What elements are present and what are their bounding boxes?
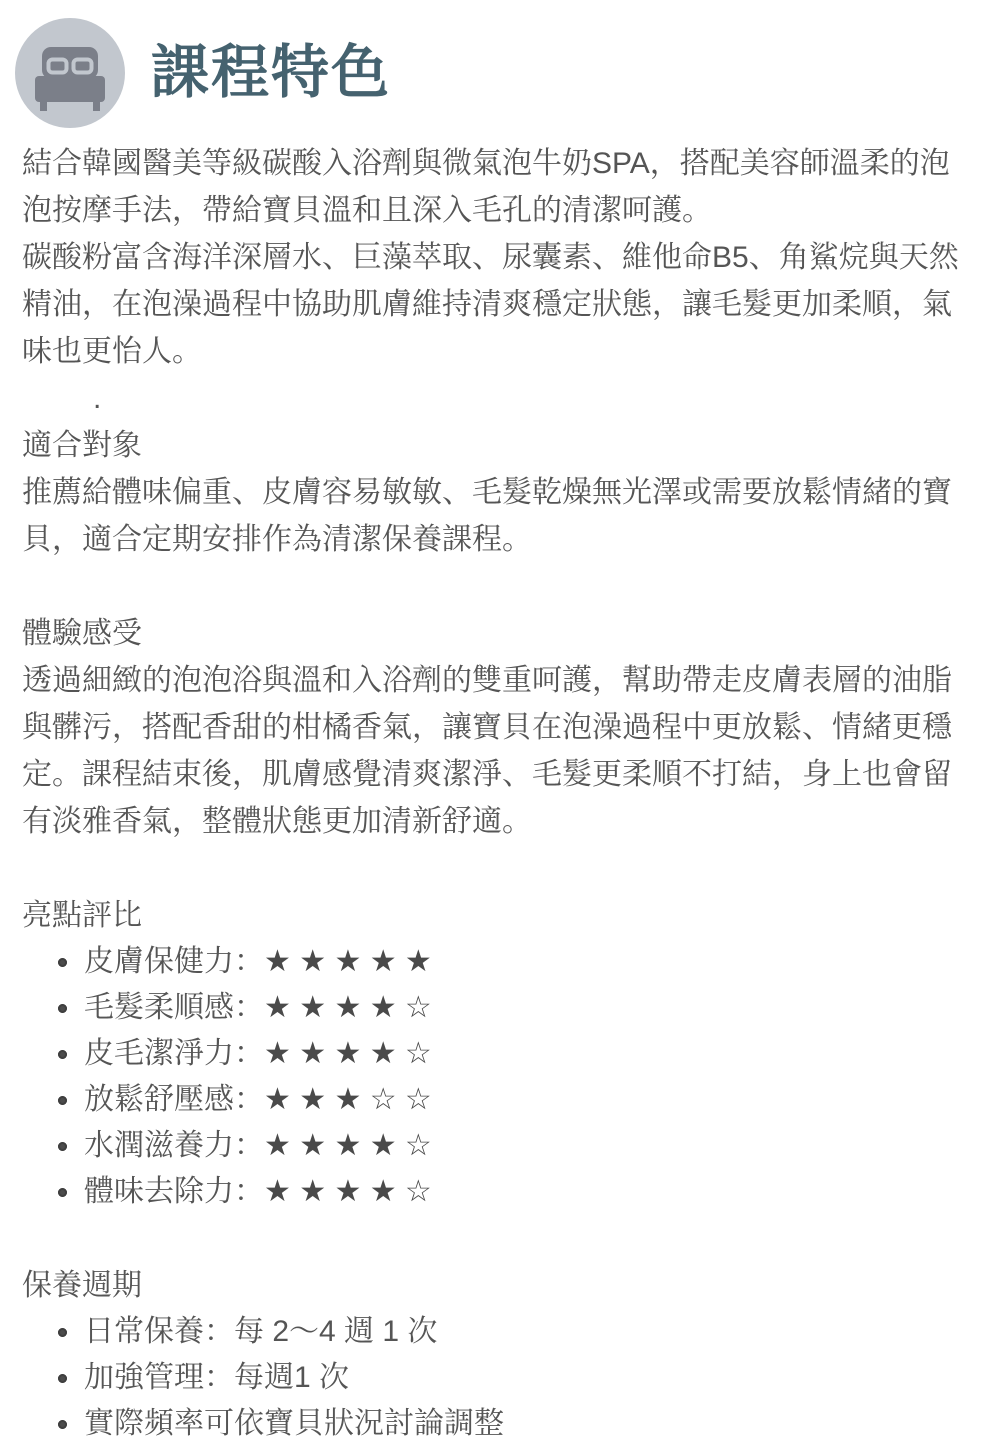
spacer bbox=[22, 845, 975, 892]
star-rating: ★ ★ ★ ★ ☆ bbox=[264, 991, 432, 1024]
section-heading-experience: 體驗感受 bbox=[22, 610, 975, 657]
ratings-list: 皮膚保健力：★ ★ ★ ★ ★毛髮柔順感：★ ★ ★ ★ ☆皮毛潔淨力：★ ★ … bbox=[22, 939, 975, 1215]
rating-label: 放鬆舒壓感： bbox=[84, 1083, 264, 1116]
rating-item: 皮膚保健力：★ ★ ★ ★ ★ bbox=[22, 939, 975, 985]
rating-label: 水潤滋養力： bbox=[84, 1129, 264, 1162]
bullet-icon bbox=[58, 1374, 67, 1383]
rating-item: 皮毛潔淨力：★ ★ ★ ★ ☆ bbox=[22, 1031, 975, 1077]
star-rating: ★ ★ ★ ★ ☆ bbox=[264, 1129, 432, 1162]
schedule-item: 實際頻率可依寶貝狀況討論調整 bbox=[22, 1401, 975, 1447]
section-body-audience: 推薦給體味偏重、皮膚容易敏敏、毛髮乾燥無光澤或需要放鬆情緒的寶貝，適合定期安排作… bbox=[22, 469, 975, 563]
star-rating: ★ ★ ★ ★ ☆ bbox=[264, 1037, 432, 1070]
rating-label: 皮膚保健力： bbox=[84, 945, 264, 978]
rating-item: 毛髮柔順感：★ ★ ★ ★ ☆ bbox=[22, 985, 975, 1031]
star-rating: ★ ★ ★ ☆ ☆ bbox=[264, 1083, 432, 1116]
bed-icon bbox=[15, 18, 125, 128]
bullet-icon bbox=[58, 1096, 67, 1105]
bullet-icon bbox=[58, 1188, 67, 1197]
star-rating: ★ ★ ★ ★ ☆ bbox=[264, 1175, 432, 1208]
bullet-icon bbox=[58, 1004, 67, 1013]
bullet-icon bbox=[58, 958, 67, 967]
rating-item: 放鬆舒壓感：★ ★ ★ ☆ ☆ bbox=[22, 1077, 975, 1123]
intro-paragraph-2: 碳酸粉富含海洋深層水、巨藻萃取、尿囊素、維他命B5、角鯊烷與天然精油，在泡澡過程… bbox=[22, 234, 975, 375]
stray-dot: . bbox=[22, 375, 975, 422]
schedule-item-text: 日常保養：每 2～4 週 1 次 bbox=[84, 1315, 437, 1348]
schedule-item-text: 實際頻率可依寶貝狀況討論調整 bbox=[84, 1407, 504, 1440]
rating-item: 體味去除力：★ ★ ★ ★ ☆ bbox=[22, 1169, 975, 1215]
schedule-item-text: 加強管理：每週1 次 bbox=[84, 1361, 349, 1394]
star-rating: ★ ★ ★ ★ ★ bbox=[264, 945, 432, 978]
rating-label: 皮毛潔淨力： bbox=[84, 1037, 264, 1070]
bullet-icon bbox=[58, 1050, 67, 1059]
bullet-icon bbox=[58, 1420, 67, 1429]
schedule-item: 日常保養：每 2～4 週 1 次 bbox=[22, 1309, 975, 1355]
content: 結合韓國醫美等級碳酸入浴劑與微氣泡牛奶SPA，搭配美容師溫柔的泡泡按摩手法，帶給… bbox=[0, 128, 1000, 1447]
intro-paragraph-1: 結合韓國醫美等級碳酸入浴劑與微氣泡牛奶SPA，搭配美容師溫柔的泡泡按摩手法，帶給… bbox=[22, 140, 975, 234]
page-title: 課程特色 bbox=[151, 44, 391, 102]
schedule-list: 日常保養：每 2～4 週 1 次加強管理：每週1 次實際頻率可依寶貝狀況討論調整 bbox=[22, 1309, 975, 1447]
rating-item: 水潤滋養力：★ ★ ★ ★ ☆ bbox=[22, 1123, 975, 1169]
rating-label: 毛髮柔順感： bbox=[84, 991, 264, 1024]
spacer bbox=[22, 1215, 975, 1262]
ratings-heading: 亮點評比 bbox=[22, 892, 975, 939]
bullet-icon bbox=[58, 1328, 67, 1337]
rating-label: 體味去除力： bbox=[84, 1175, 264, 1208]
section-body-experience: 透過細緻的泡泡浴與溫和入浴劑的雙重呵護，幫助帶走皮膚表層的油脂與髒污，搭配香甜的… bbox=[22, 657, 975, 845]
bullet-icon bbox=[58, 1142, 67, 1151]
schedule-heading: 保養週期 bbox=[22, 1262, 975, 1309]
section-heading-audience: 適合對象 bbox=[22, 422, 975, 469]
page-header: 課程特色 bbox=[0, 0, 1000, 128]
schedule-item: 加強管理：每週1 次 bbox=[22, 1355, 975, 1401]
spacer bbox=[22, 563, 975, 610]
course-feature-page: 課程特色 結合韓國醫美等級碳酸入浴劑與微氣泡牛奶SPA，搭配美容師溫柔的泡泡按摩… bbox=[0, 0, 1000, 1447]
